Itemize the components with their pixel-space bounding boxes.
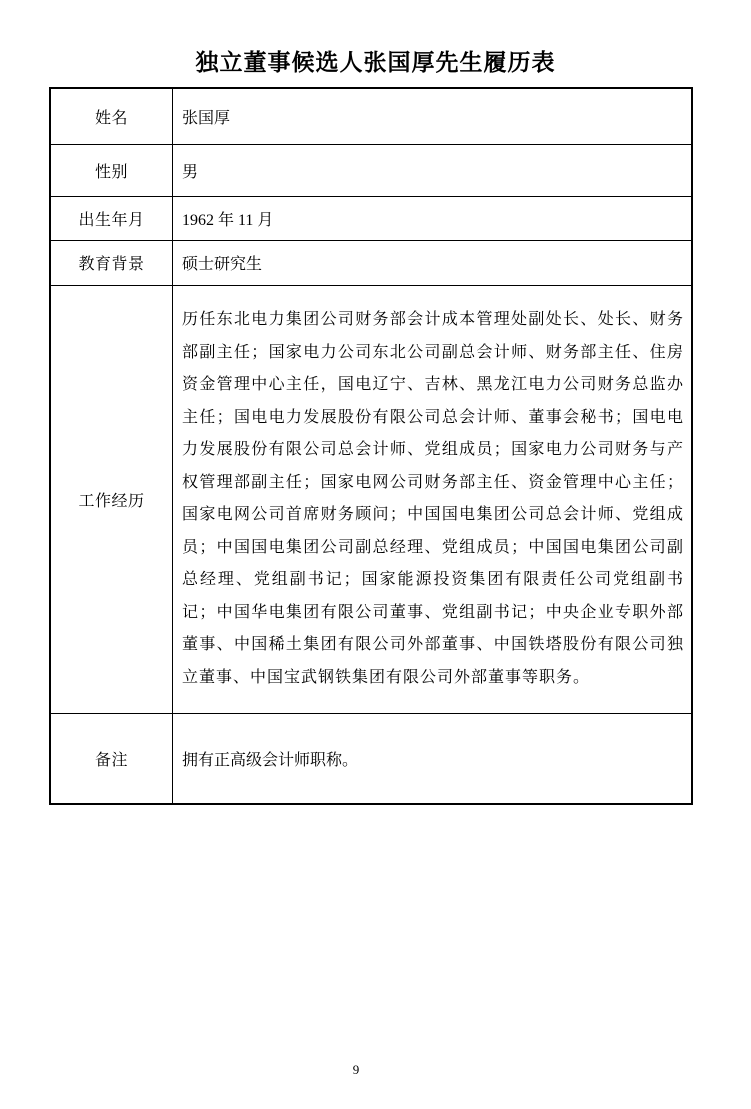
table-row-education: 教育背景 硕士研究生: [50, 240, 692, 285]
table-row-remarks: 备注 拥有正高级会计师职称。: [50, 713, 692, 804]
table-row-birth-date: 出生年月 1962 年 11 月: [50, 196, 692, 240]
row-label-gender: 性别: [50, 144, 173, 196]
resume-table: 姓名 张国厚 性别 男 出生年月 1962 年 11 月 教育背景 硕士研究生 …: [49, 87, 693, 805]
row-label-education: 教育背景: [50, 240, 173, 285]
row-value-work-experience: 历任东北电力集团公司财务部会计成本管理处副处长、处长、财务部副主任；国家电力公司…: [173, 285, 693, 713]
row-label-name: 姓名: [50, 88, 173, 144]
row-value-name: 张国厚: [173, 88, 693, 144]
page-number: 9: [0, 1062, 712, 1078]
row-label-birth-date: 出生年月: [50, 196, 173, 240]
table-row-name: 姓名 张国厚: [50, 88, 692, 144]
row-value-remarks: 拥有正高级会计师职称。: [173, 713, 693, 804]
row-label-remarks: 备注: [50, 713, 173, 804]
row-value-gender: 男: [173, 144, 693, 196]
document-title: 独立董事候选人张国厚先生履历表: [0, 44, 751, 77]
document-page: 独立董事候选人张国厚先生履历表 姓名 张国厚 性别 男 出生年月 1962 年 …: [0, 0, 751, 1109]
row-value-birth-date: 1962 年 11 月: [173, 196, 693, 240]
row-label-work-experience: 工作经历: [50, 285, 173, 713]
table-row-work-experience: 工作经历 历任东北电力集团公司财务部会计成本管理处副处长、处长、财务部副主任；国…: [50, 285, 692, 713]
row-value-education: 硕士研究生: [173, 240, 693, 285]
table-row-gender: 性别 男: [50, 144, 692, 196]
